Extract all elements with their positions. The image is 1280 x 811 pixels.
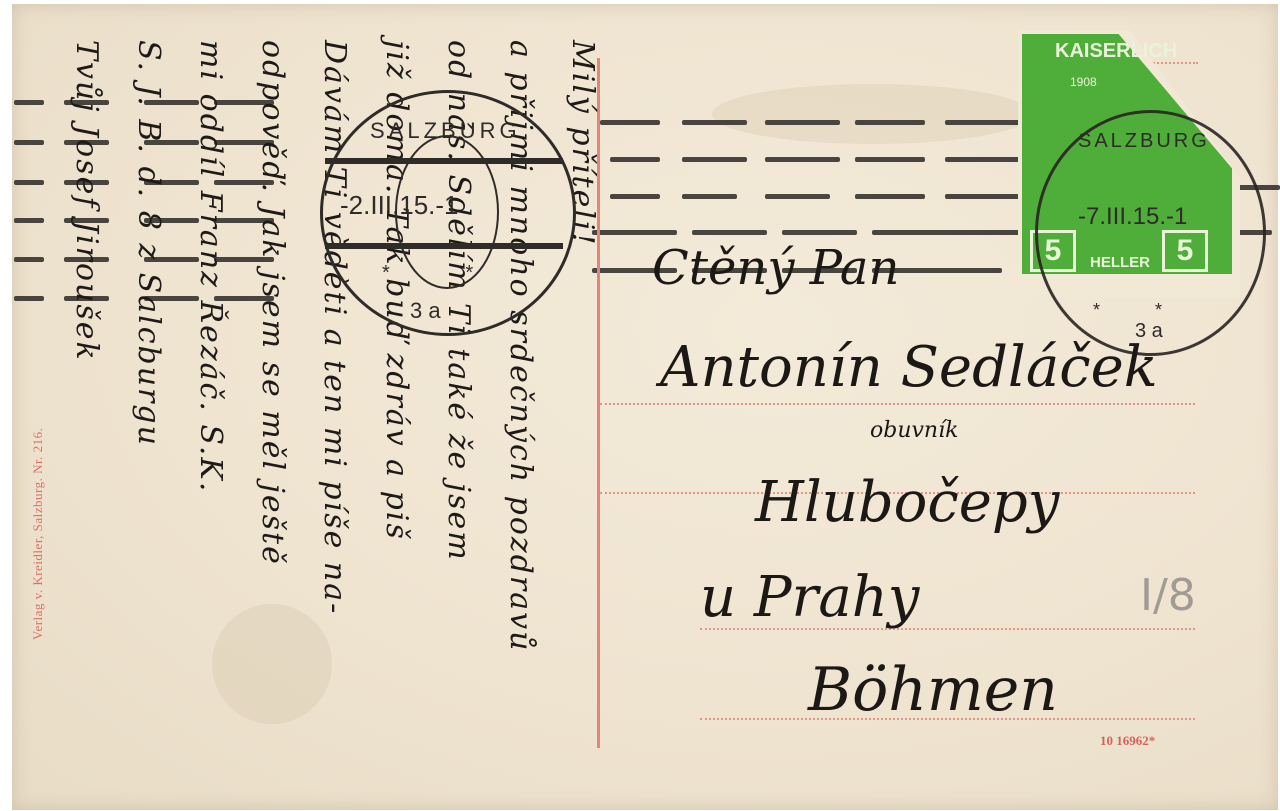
address-country: Böhmen [808,655,1058,725]
address-salutation: Ctěný Pan [652,240,899,296]
postmark-bar [325,243,563,249]
address-guide-line [600,403,1195,405]
message-line: Tvůj Josef Jiroušek [69,40,104,362]
stamp-country-text: KAISERLICH [1055,40,1177,63]
stamp-year: 1908 [1070,75,1097,89]
address-district: u Prahy [700,565,919,630]
message-line: S. J. B. d. 8 z Salcburgu [131,40,166,447]
message-line: mi oddíl Franz Řezáč. S.K. [193,40,228,493]
address-occupation: obuvník [870,418,958,443]
paper-scuff [712,84,1032,144]
message-line: odpověď. Jak jsem se měl ještě [255,40,290,566]
address-town: Hlubočepy [755,470,1059,535]
postmark-city: SALZBURG [1078,130,1210,153]
message-line: Dávám Ti věděti a ten mi píše na- [317,40,352,615]
pencil-note: I/8 [1140,570,1196,621]
serial-number: 10 16962* [1100,733,1155,749]
postmark-date: -7.III.15.-1 [1078,203,1187,231]
postmark-bar [325,158,563,164]
postmark-date: -2.III.15.-1 [340,190,459,221]
address-name: Antonín Sedláček [660,335,1158,400]
postmark-office: 3 a [410,298,441,324]
postmark-stars: * * [382,262,473,285]
postmark-stars: * * [1093,300,1162,321]
postmark-city: SALZBURG [370,118,521,144]
